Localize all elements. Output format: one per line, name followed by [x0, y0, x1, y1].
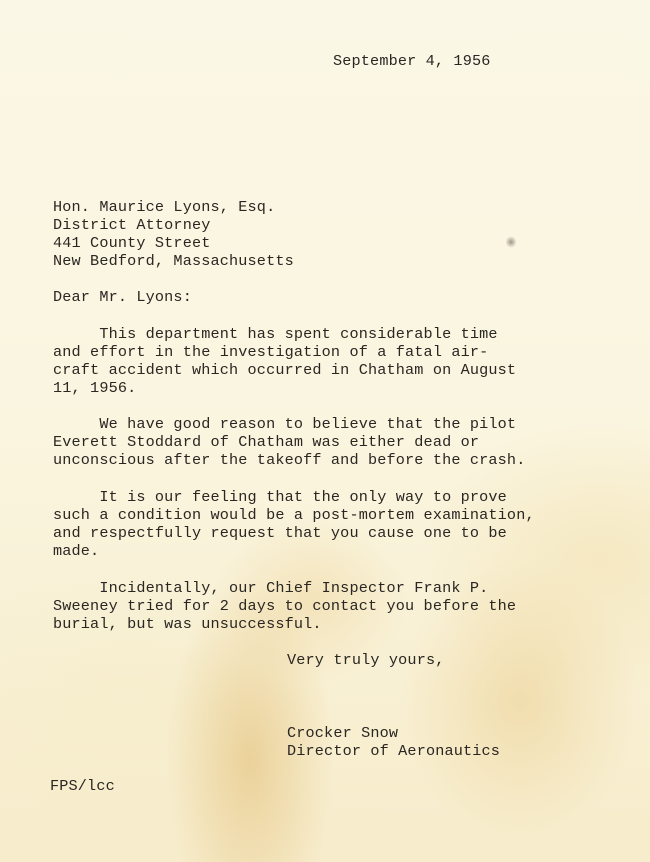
- paragraph-line: Sweeney tried for 2 days to contact you …: [53, 598, 516, 615]
- paragraph-line: such a condition would be a post-mortem …: [53, 507, 535, 524]
- paragraph-line: and respectfully request that you cause …: [53, 525, 507, 542]
- recipient-title: District Attorney: [53, 217, 211, 234]
- paragraph-line: Incidentally, our Chief Inspector Frank …: [53, 580, 488, 597]
- paragraph-line: We have good reason to believe that the …: [53, 416, 516, 433]
- recipient-city: New Bedford, Massachusetts: [53, 253, 294, 270]
- reference-initials: FPS/lcc: [50, 778, 115, 795]
- signer-title: Director of Aeronautics: [287, 743, 500, 760]
- paragraph-line: made.: [53, 543, 99, 560]
- paragraph-line: and effort in the investigation of a fat…: [53, 344, 488, 361]
- paragraph-line: This department has spent considerable t…: [53, 326, 498, 343]
- salutation: Dear Mr. Lyons:: [53, 289, 192, 306]
- closing: Very truly yours,: [287, 652, 445, 669]
- letter-date: September 4, 1956: [333, 53, 491, 70]
- recipient-name: Hon. Maurice Lyons, Esq.: [53, 199, 275, 216]
- paragraph-line: craft accident which occurred in Chatham…: [53, 362, 516, 379]
- paragraph-line: 11, 1956.: [53, 380, 136, 397]
- recipient-street: 441 County Street: [53, 235, 211, 252]
- paragraph-line: unconscious after the takeoff and before…: [53, 452, 525, 469]
- ink-smudge: [506, 236, 516, 248]
- letter-page: September 4, 1956 Hon. Maurice Lyons, Es…: [0, 0, 650, 862]
- paragraph-line: Everett Stoddard of Chatham was either d…: [53, 434, 479, 451]
- paragraph-line: It is our feeling that the only way to p…: [53, 489, 507, 506]
- paragraph-line: burial, but was unsuccessful.: [53, 616, 322, 633]
- signer-name: Crocker Snow: [287, 725, 398, 742]
